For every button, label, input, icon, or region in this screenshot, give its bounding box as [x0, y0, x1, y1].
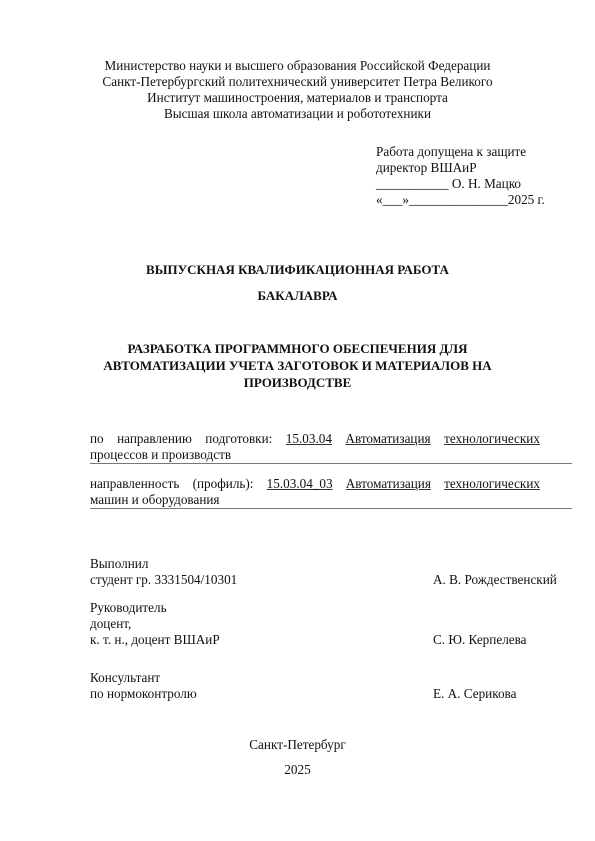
- profile-value-word: технологических: [444, 476, 540, 492]
- student-name: А. В. Рождественский: [433, 572, 557, 588]
- supervisor-name: С. Ю. Керпелева: [433, 632, 527, 648]
- work-type-title: ВЫПУСКНАЯ КВАЛИФИКАЦИОННАЯ РАБОТА: [0, 262, 595, 278]
- approver-title: директор ВШАиР: [376, 160, 545, 176]
- direction-value-word: технологических: [444, 431, 540, 447]
- consultant-detail: по нормоконтролю: [90, 686, 197, 702]
- consultant-role: Консультант: [90, 670, 160, 686]
- supervisor-role: Руководитель: [90, 600, 167, 616]
- direction-value-word: 15.03.04: [286, 431, 332, 447]
- ministry-line: Министерство науки и высшего образования…: [0, 58, 595, 74]
- topic-line: АВТОМАТИЗАЦИИ УЧЕТА ЗАГОТОВОК И МАТЕРИАЛ…: [0, 357, 595, 374]
- year: 2025: [0, 762, 595, 778]
- study-profile: направленность (профиль): 15.03.04_03 Ав…: [90, 476, 572, 509]
- work-type-degree: БАКАЛАВРА: [0, 288, 595, 304]
- study-direction: по направлению подготовки: 15.03.04 Авто…: [90, 431, 572, 464]
- profile-label-word: направленность: [90, 476, 179, 492]
- profile-value-word: Автоматизация: [346, 476, 431, 492]
- profile-value-word: 15.03.04_03: [267, 476, 333, 492]
- supervisor-position: доцент,: [90, 616, 131, 632]
- supervisor-degree: к. т. н., доцент ВШАиР: [90, 632, 220, 648]
- approval-date: «___»_______________2025 г.: [376, 192, 545, 208]
- direction-label-word: по: [90, 431, 104, 447]
- topic-line: РАЗРАБОТКА ПРОГРАММНОГО ОБЕСПЕЧЕНИЯ ДЛЯ: [0, 340, 595, 357]
- supervisor-signature-block: Руководитель доцент, к. т. н., доцент ВШ…: [90, 600, 566, 648]
- profile-label-word: (профиль):: [193, 476, 254, 492]
- direction-value-word: Автоматизация: [345, 431, 430, 447]
- direction-label-word: направлению: [117, 431, 192, 447]
- approval-block: Работа допущена к защите директор ВШАиР …: [376, 144, 545, 208]
- student-role: Выполнил: [90, 556, 148, 572]
- institution-header: Министерство науки и высшего образования…: [0, 58, 595, 122]
- student-group: студент гр. 3331504/10301: [90, 572, 237, 588]
- consultant-name: Е. А. Серикова: [433, 686, 516, 702]
- student-signature-block: Выполнил студент гр. 3331504/10301 А. В.…: [90, 556, 566, 588]
- approver-signature: ___________ О. Н. Мацко: [376, 176, 545, 192]
- institute-line: Институт машиностроения, материалов и тр…: [0, 90, 595, 106]
- approval-text: Работа допущена к защите: [376, 144, 545, 160]
- consultant-signature-block: Консультант по нормоконтролю Е. А. Серик…: [90, 670, 566, 702]
- direction-label-word: подготовки:: [205, 431, 272, 447]
- profile-value-line2: машин и оборудования: [90, 492, 572, 509]
- school-line: Высшая школа автоматизации и робототехни…: [0, 106, 595, 122]
- university-line: Санкт-Петербургский политехнический унив…: [0, 74, 595, 90]
- city: Санкт-Петербург: [0, 737, 595, 753]
- thesis-topic: РАЗРАБОТКА ПРОГРАММНОГО ОБЕСПЕЧЕНИЯ ДЛЯ …: [0, 340, 595, 391]
- direction-value-line2: процессов и производств: [90, 447, 572, 464]
- topic-line: ПРОИЗВОДСТВЕ: [0, 374, 595, 391]
